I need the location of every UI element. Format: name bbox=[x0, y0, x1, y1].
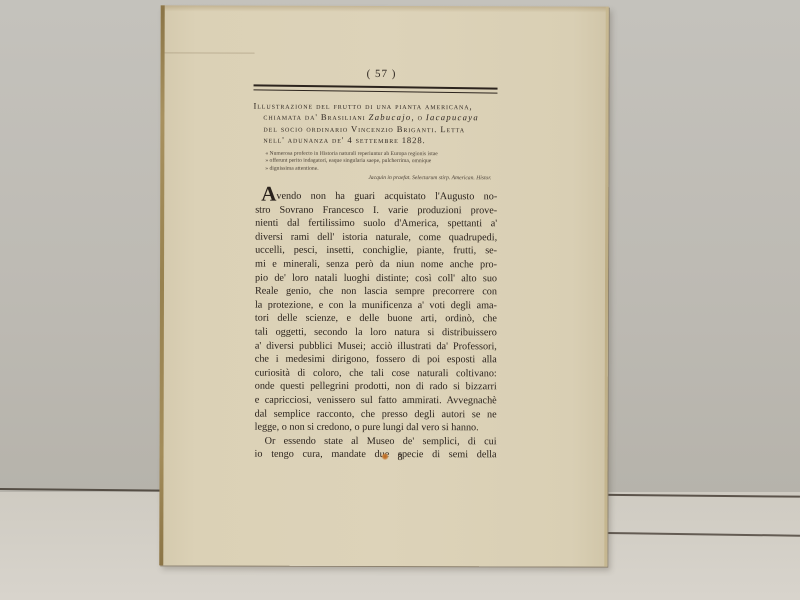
body-line-text: vendo non ha guari acquistato l'Augusto … bbox=[276, 191, 497, 203]
title-line-3: del socio ordinario Vincenzio Briganti. … bbox=[263, 123, 497, 135]
body-text: Avendo non ha guari acquistato l'Augusto… bbox=[255, 187, 498, 463]
body-line: onde questi pellegrini prodotti, non di … bbox=[255, 380, 497, 394]
body-line: legge, o non si credono, o pure lungi da… bbox=[255, 421, 497, 435]
body-line: pio de' loro natali luoghi distinte; cos… bbox=[255, 271, 497, 285]
epigraph-line: » dignissima attentione. bbox=[265, 166, 491, 174]
drop-cap: A bbox=[261, 182, 276, 206]
body-line: e capricciosi, venissero sul fatto ammir… bbox=[255, 394, 497, 408]
body-line: che i medesimi dirigono, fossero di poi … bbox=[255, 353, 497, 367]
foxing-stain bbox=[382, 453, 389, 460]
text-block: ( 57 ) Illustrazione del frutto di una p… bbox=[255, 68, 498, 463]
epigraph: « Numerosa profecto in Historia naturali… bbox=[265, 150, 491, 183]
body-line: a' diversi pubblici Musei; acciò illustr… bbox=[255, 339, 497, 353]
body-line: diversi rami dell' istoria naturale, com… bbox=[255, 230, 497, 244]
body-line: nienti dal fertilissimo suolo d'America,… bbox=[255, 217, 497, 231]
title-line-1: Illustrazione del frutto di una pianta a… bbox=[253, 101, 497, 113]
title-line-4: nell' adunanza de' 4 settembre 1828. bbox=[263, 135, 497, 147]
body-line: Or essendo state al Museo de' semplici, … bbox=[255, 434, 497, 448]
signature-mark: 8 bbox=[398, 452, 403, 463]
body-line: tori delle scienze, e delle buone arti, … bbox=[255, 312, 497, 326]
body-line: dal semplice racconto, che presso degli … bbox=[255, 407, 497, 421]
body-line: tali oggetti, secondo la loro natura si … bbox=[255, 326, 497, 340]
page-crease bbox=[165, 52, 255, 53]
antique-page: ( 57 ) Illustrazione del frutto di una p… bbox=[159, 5, 608, 566]
page-top-foxing bbox=[161, 5, 609, 12]
body-line: stro Sovrano Francesco I. varie produzio… bbox=[255, 203, 497, 217]
plant-name-iacapucaya: Iacapucaya bbox=[426, 113, 479, 123]
body-line: mi e minerali, senza però da niun nome a… bbox=[255, 258, 497, 272]
body-line: curiosità di coloro, che tali cose natur… bbox=[255, 366, 497, 380]
article-title: Illustrazione del frutto di una pianta a… bbox=[255, 101, 497, 147]
body-line: io tengo cura, mandate due specie di sem… bbox=[255, 448, 497, 462]
body-line: uccelli, pesci, insetti, conchiglie, pia… bbox=[255, 244, 497, 258]
title-line-2: chiamata da' Brasiliani Zabucajo, o Iaca… bbox=[263, 112, 497, 124]
plant-name-zabucajo: Zabucajo bbox=[369, 112, 412, 122]
title-line-2-prefix: chiamata da' Brasiliani bbox=[263, 112, 368, 122]
epigraph-source: Jacquin in praefat. Selectarum stirp. Am… bbox=[265, 175, 491, 183]
page-number: ( 57 ) bbox=[266, 68, 498, 85]
body-line: la protezione, e con la munificenza a' v… bbox=[255, 298, 497, 312]
body-line: Avendo non ha guari acquistato l'Augusto… bbox=[255, 187, 497, 204]
body-line: Reale genio, che non lascia sempre preco… bbox=[255, 285, 497, 299]
page-spine-edge bbox=[159, 5, 164, 565]
title-line-2-mid: , o bbox=[411, 112, 425, 122]
header-double-rule bbox=[253, 84, 497, 93]
